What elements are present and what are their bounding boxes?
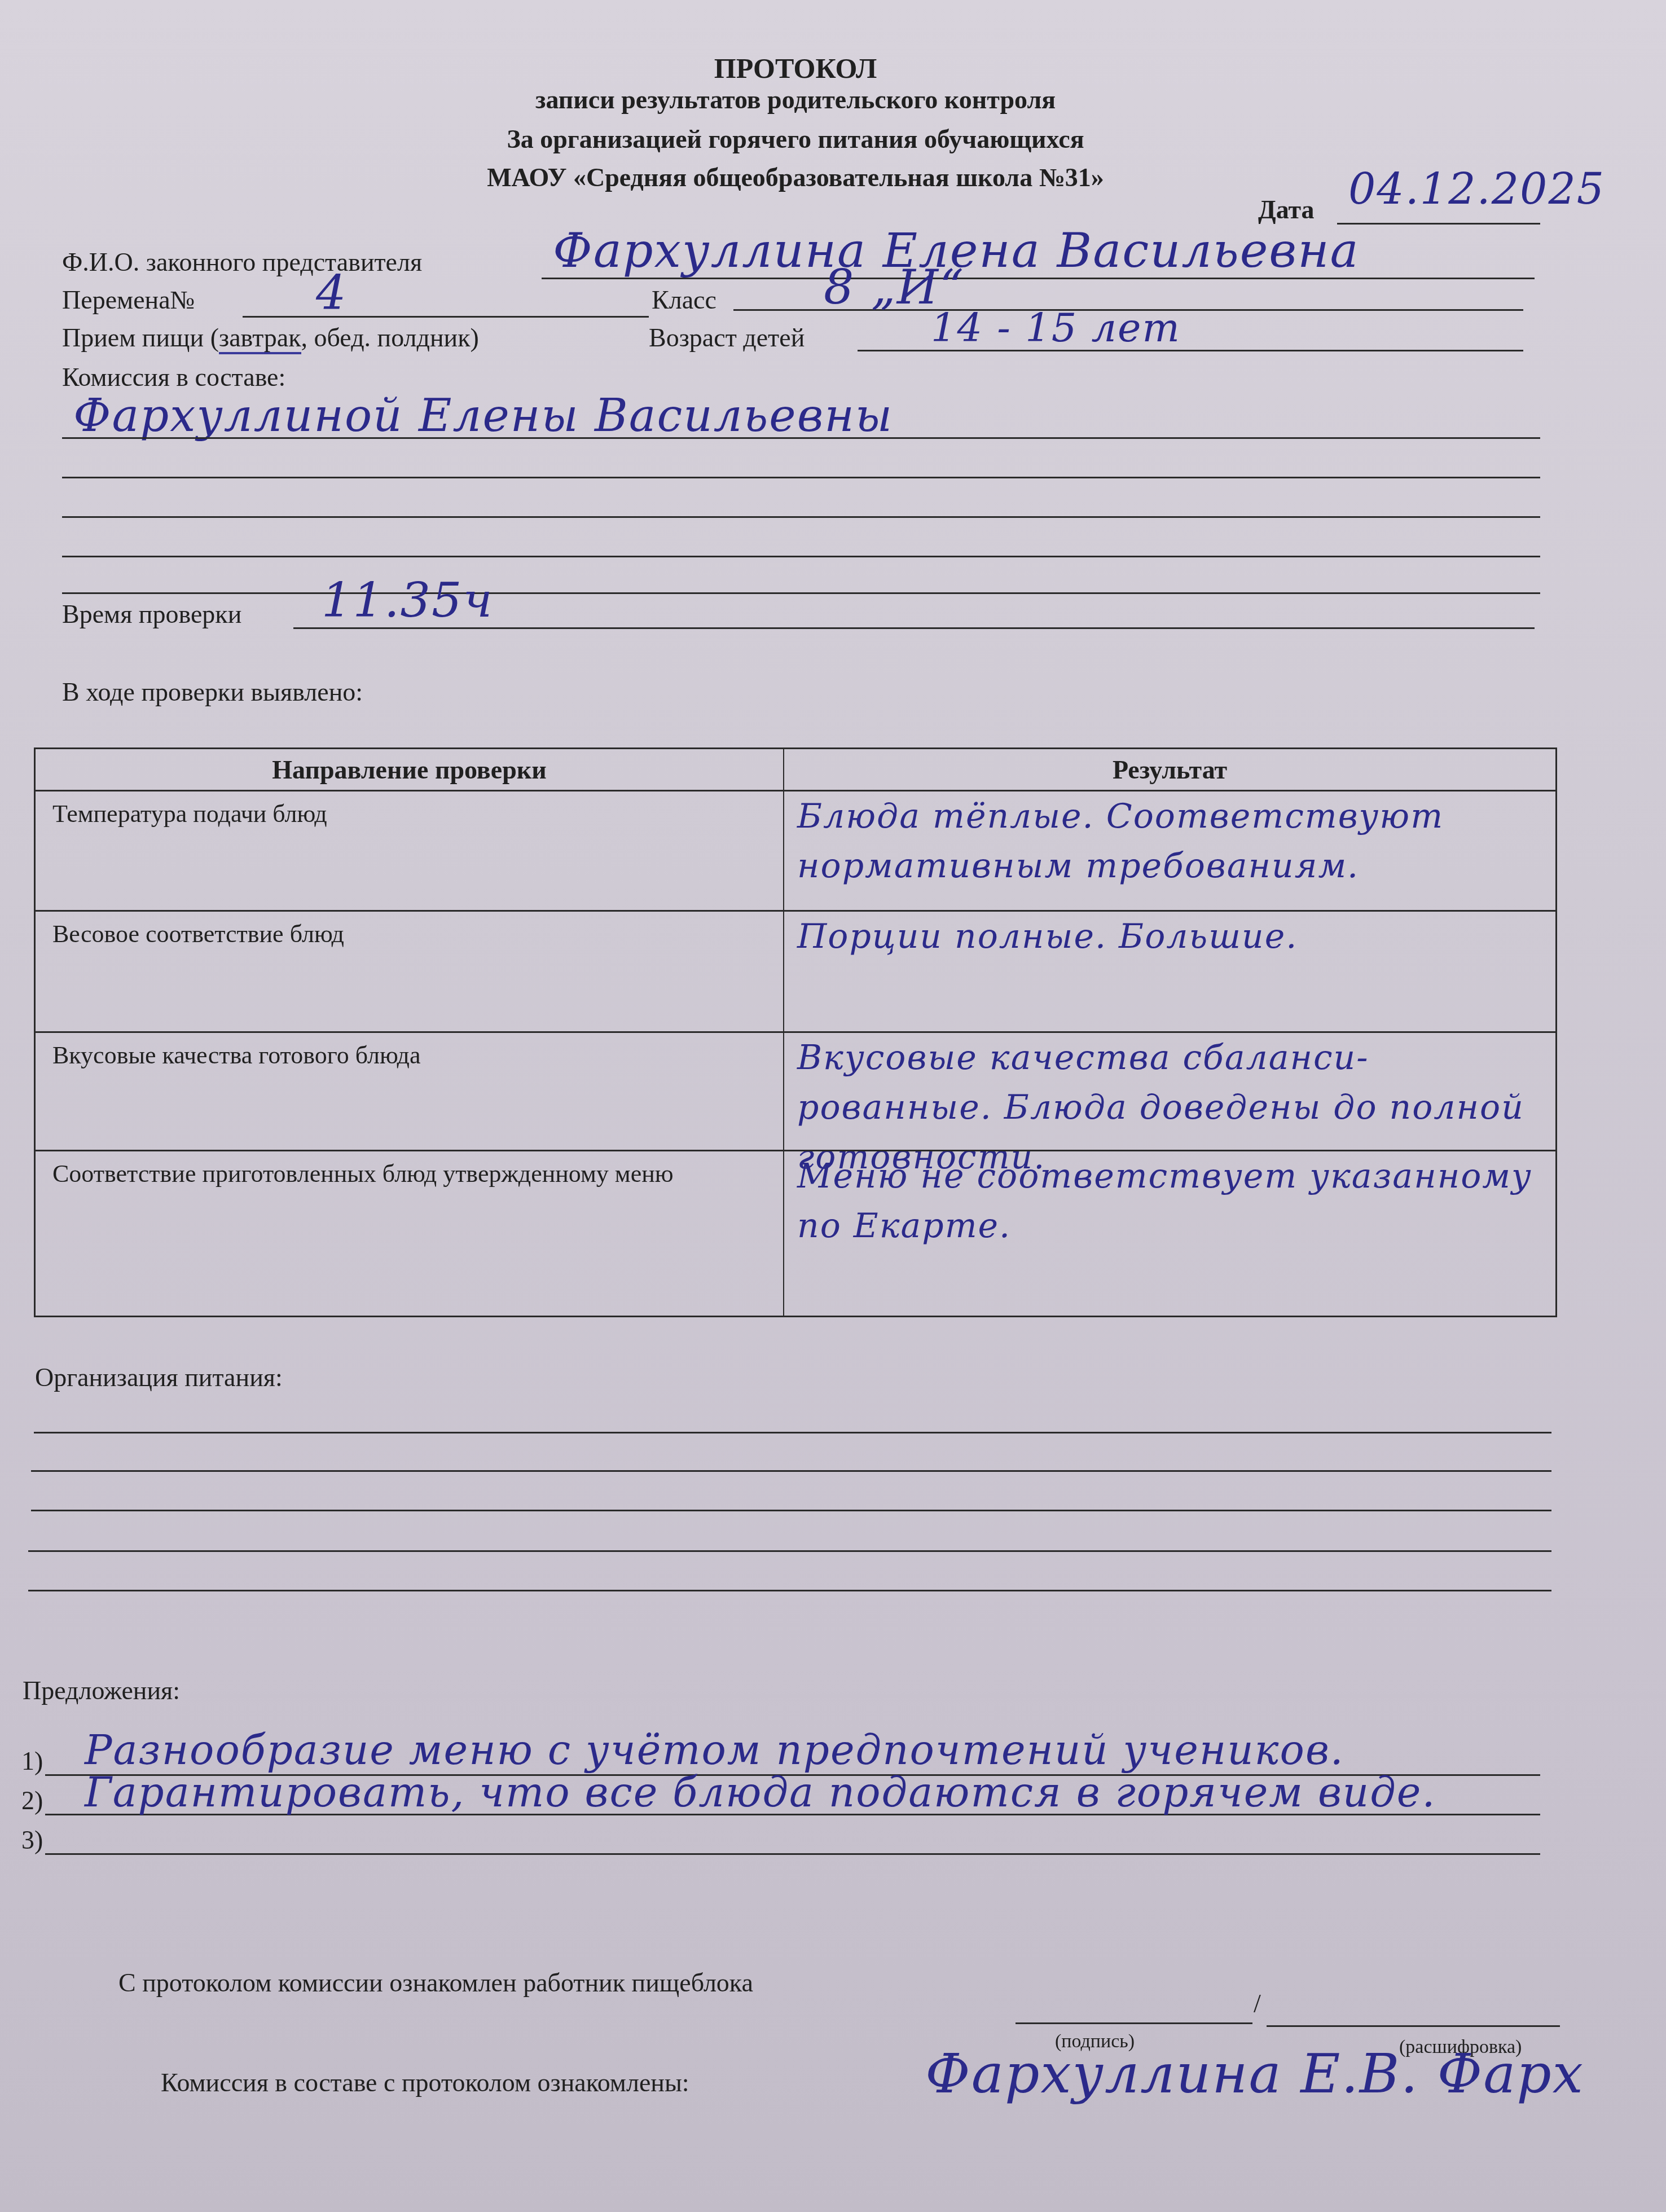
row-direction: Температура подачи блюд [52, 794, 769, 834]
table-row: Весовое соответствие блюд Порции полные.… [36, 910, 1555, 912]
meal-label-pre: Прием пищи ( [62, 323, 219, 352]
proposal-number-2: 2) [21, 1786, 43, 1815]
findings-label: В ходе проверки выявлено: [62, 677, 363, 707]
commission-line-3 [62, 516, 1540, 518]
table-row: Температура подачи блюд Блюда тёплые. Со… [36, 790, 1555, 791]
class-label: Класс [652, 285, 716, 315]
organization-line-1 [34, 1432, 1551, 1433]
document-subtitle-1: записи результатов родительского контрол… [0, 85, 1591, 115]
check-time-field[interactable]: 11.35ч [322, 573, 494, 628]
commission-signature[interactable]: Фархуллина Е.В. Фарх [925, 2042, 1584, 2105]
proposal-line-3 [45, 1853, 1540, 1855]
organization-label: Организация питания: [35, 1362, 283, 1392]
break-field[interactable]: 4 [316, 265, 347, 320]
date-underline [1337, 223, 1540, 225]
commission-line-4 [62, 556, 1540, 557]
commission-field[interactable]: Фархуллиной Елены Васильевны [73, 389, 893, 442]
slash-divider: / [1254, 1989, 1261, 2018]
kitchen-ack-label: С протоколом комиссии ознакомлен работни… [118, 1968, 753, 1998]
commission-line-1 [62, 437, 1540, 439]
document-subtitle-2: За организацией горячего питания обучающ… [0, 124, 1591, 154]
meal-label-post: , обед. полдник) [301, 323, 479, 352]
organization-line-4 [28, 1550, 1551, 1552]
commission-line-2 [62, 477, 1540, 478]
table-row: Вкусовые качества готового блюда Вкусовы… [36, 1031, 1555, 1033]
row-result[interactable]: Блюда тёплые. Соответствуют нормативным … [797, 791, 1548, 891]
row-direction: Вкусовые качества готового блюда [52, 1035, 769, 1076]
kitchen-transcript-line[interactable] [1267, 2025, 1560, 2027]
break-label: Перемена№ [62, 285, 195, 315]
row-result[interactable]: Меню не соответствует указанному по Екар… [797, 1151, 1548, 1251]
document-title: ПРОТОКОЛ [0, 52, 1591, 85]
kitchen-signature-line[interactable] [1016, 2022, 1252, 2024]
protocol-page: ПРОТОКОЛ записи результатов родительског… [0, 0, 1666, 2212]
organization-line-3 [31, 1510, 1551, 1511]
proposal-field-1[interactable]: Разнообразие меню с учётом предпочтений … [85, 1726, 1344, 1774]
proposal-number-1: 1) [21, 1746, 43, 1776]
row-result[interactable]: Порции полные. Большие. [797, 912, 1548, 961]
date-field[interactable]: 04.12.2025 [1348, 164, 1605, 214]
age-field[interactable]: 14 - 15 лет [931, 305, 1181, 351]
representative-label: Ф.И.О. законного представителя [62, 247, 422, 277]
inspection-table: Направление проверки Результат Температу… [34, 747, 1557, 1317]
header-direction: Направление проверки [36, 755, 783, 785]
commission-label: Комиссия в составе: [62, 362, 285, 392]
meal-type-label: Прием пищи (завтрак, обед. полдник) [62, 323, 479, 353]
table-row: Соответствие приготовленных блюд утвержд… [36, 1150, 1555, 1151]
proposal-field-2[interactable]: Гарантировать, что все блюда подаются в … [85, 1769, 1436, 1816]
row-direction: Весовое соответствие блюд [52, 914, 769, 955]
age-label: Возраст детей [649, 323, 805, 353]
organization-line-5 [28, 1590, 1551, 1591]
date-label: Дата [1258, 195, 1315, 225]
header-result: Результат [784, 755, 1555, 785]
check-time-label: Время проверки [62, 599, 241, 629]
proposal-number-3: 3) [21, 1825, 43, 1855]
meal-option-breakfast[interactable]: завтрак [219, 323, 301, 354]
break-underline [243, 316, 649, 318]
commission-ack-label: Комиссия в составе с протоколом ознакомл… [161, 2068, 689, 2097]
row-direction: Соответствие приготовленных блюд утвержд… [52, 1154, 769, 1194]
organization-line-2 [31, 1470, 1551, 1472]
commission-line-5 [62, 592, 1540, 594]
proposals-label: Предложения: [23, 1676, 180, 1705]
